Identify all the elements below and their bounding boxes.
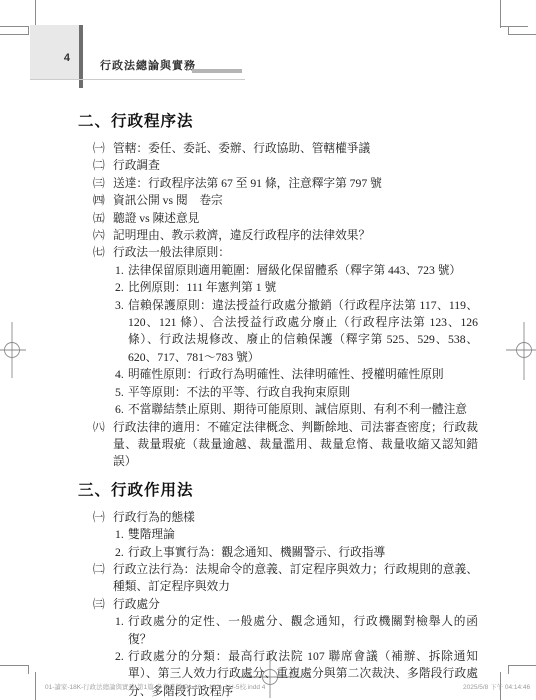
outline-item: ㈢ 送達：行政程序法第 67 至 91 條，注意釋字第 797 號: [78, 175, 478, 192]
outline-item: ㈣ 資訊公開 vs 閱 卷宗: [78, 192, 478, 209]
item-text: 資訊公開 vs 閱 卷宗: [113, 194, 223, 207]
page-number: 4: [30, 52, 70, 64]
item-marker: ㈧: [93, 419, 105, 436]
item-marker: 2.: [115, 648, 124, 665]
outline-subitem: 4. 明確性原則：行政行為明確性、法律明確性、授權明確性原則: [78, 366, 478, 383]
item-text: 平等原則：不法的平等、行政自我拘束原則: [128, 386, 350, 399]
outline-list: ㈠ 管轄：委任、委託、委辦、行政協助、管轄權爭議 ㈡ 行政調查 ㈢ 送達：行政程…: [78, 140, 478, 471]
item-text: 記明理由、教示救濟，違反行政程序的法律效果？: [113, 229, 370, 242]
item-marker: 2.: [115, 279, 124, 296]
page-content: 二、行政程序法 ㈠ 管轄：委任、委託、委辦、行政協助、管轄權爭議 ㈡ 行政調查 …: [78, 110, 478, 700]
item-marker: 4.: [115, 366, 124, 383]
outline-subitem: 1. 法律保留原則適用範圍：層級化保留體系（釋字第 443、723 號）: [78, 262, 478, 279]
item-marker: ㈢: [93, 596, 105, 613]
item-text: 行政法律的適用：不確定法律概念、判斷餘地、司法審查密度；行政裁量、裁量瑕疵（裁量…: [113, 421, 478, 469]
book-title: 行政法總論與實務: [100, 57, 196, 73]
item-marker: ㈡: [93, 157, 105, 174]
outline-item: ㈧ 行政法律的適用：不確定法律概念、判斷餘地、司法審查密度；行政裁量、裁量瑕疵（…: [78, 419, 478, 471]
item-text: 比例原則：111 年憲判第 1 號: [128, 281, 276, 294]
item-text: 聽證 vs 陳述意見: [113, 212, 199, 225]
item-marker: 1.: [115, 613, 124, 630]
item-text: 行政處分的定性、一般處分、觀念通知，行政機關對檢舉人的函復？: [128, 615, 478, 645]
outline-item: ㈤ 聽證 vs 陳述意見: [78, 210, 478, 227]
item-text: 明確性原則：行政行為明確性、法律明確性、授權明確性原則: [128, 368, 444, 381]
outline-item: ㈡ 行政調查: [78, 157, 478, 174]
outline-item: ㈦ 行政法一般法律原則： 1. 法律保留原則適用範圍：層級化保留體系（釋字第 4…: [78, 244, 478, 418]
outline-subitem: 3. 信賴保護原則：違法授益行政處分撤銷（行政程序法第 117、119、120、…: [78, 297, 478, 367]
outline-item: ㈡ 行政立法行為：法規命令的意義、訂定程序與效力；行政規則的意義、種類、訂定程序…: [78, 561, 478, 596]
item-text: 行政立法行為：法規命令的意義、訂定程序與效力；行政規則的意義、種類、訂定程序與效…: [113, 563, 478, 593]
item-marker: ㈦: [93, 244, 105, 261]
section-heading-administrative-procedure-law: 二、行政程序法: [78, 110, 478, 134]
item-marker: 5.: [115, 384, 124, 401]
item-text: 行政調查: [113, 159, 160, 172]
outline-item: ㈥ 記明理由、教示救濟，違反行政程序的法律效果？: [78, 227, 478, 244]
outline-sublist: 1. 法律保留原則適用範圍：層級化保留體系（釋字第 443、723 號） 2. …: [78, 262, 478, 419]
outline-subitem: 5. 平等原則：不法的平等、行政自我拘束原則: [78, 384, 478, 401]
outline-subitem: 1. 行政處分的定性、一般處分、觀念通知，行政機關對檢舉人的函復？: [78, 613, 478, 648]
item-marker: 1.: [115, 262, 124, 279]
item-marker: 2.: [115, 544, 124, 561]
item-marker: ㈡: [93, 561, 105, 578]
outline-item: ㈠ 管轄：委任、委託、委辦、行政協助、管轄權爭議: [78, 140, 478, 157]
outline-sublist: 1. 雙階理論 2. 行政上事實行為：觀念通知、機關警示、行政指導: [78, 526, 478, 561]
footer-filename: 01-讀家-18K-行政法總論與實務-第1篇-參考書版(P1-10.1-162)…: [45, 679, 351, 697]
outline-subitem: 6. 不當聯結禁止原則、期待可能原則、誠信原則、有利不利一體注意: [78, 401, 478, 418]
registration-mark-left-icon: [0, 320, 30, 380]
outline-subitem: 2. 比例原則：111 年憲判第 1 號: [78, 279, 478, 296]
item-text: 行政上事實行為：觀念通知、機關警示、行政指導: [128, 546, 385, 559]
outline-subitem: 1. 雙階理論: [78, 526, 478, 543]
item-marker: ㈠: [93, 509, 105, 526]
item-text: 行政法一般法律原則：: [113, 246, 230, 259]
item-text: 送達：行政程序法第 67 至 91 條，注意釋字第 797 號: [113, 177, 382, 190]
item-text: 法律保留原則適用範圍：層級化保留體系（釋字第 443、723 號）: [128, 264, 461, 277]
item-marker: ㈢: [93, 175, 105, 192]
item-marker: ㈤: [93, 210, 105, 227]
item-marker: 3.: [115, 297, 124, 314]
item-text: 不當聯結禁止原則、期待可能原則、誠信原則、有利不利一體注意: [128, 403, 467, 416]
item-text: 行政處分: [113, 598, 160, 611]
item-text: 雙階理論: [128, 528, 175, 541]
outline-subitem: 2. 行政上事實行為：觀念通知、機關警示、行政指導: [78, 544, 478, 561]
header-accent-line: [192, 69, 242, 73]
item-text: 信賴保護原則：違法授益行政處分撤銷（行政程序法第 117、119、120、121…: [128, 299, 478, 364]
item-text: 管轄：委任、委託、委辦、行政協助、管轄權爭議: [113, 142, 370, 155]
item-marker: 1.: [115, 526, 124, 543]
item-marker: 6.: [115, 401, 124, 418]
outline-item: ㈠ 行政行為的態樣 1. 雙階理論 2. 行政上事實行為：觀念通知、機關警示、行…: [78, 509, 478, 561]
item-marker: ㈥: [93, 227, 105, 244]
registration-mark-right-icon: [504, 320, 536, 382]
outline-list: ㈠ 行政行為的態樣 1. 雙階理論 2. 行政上事實行為：觀念通知、機關警示、行…: [78, 509, 478, 700]
header-rule: [30, 79, 245, 80]
item-text: 行政行為的態樣: [113, 511, 195, 524]
item-marker: ㈠: [93, 140, 105, 157]
section-heading-administrative-action-law: 三、行政作用法: [78, 479, 478, 503]
item-marker: ㈣: [93, 192, 105, 209]
footer-timestamp: 2025/5/8 下午 04:14:46: [437, 679, 530, 697]
